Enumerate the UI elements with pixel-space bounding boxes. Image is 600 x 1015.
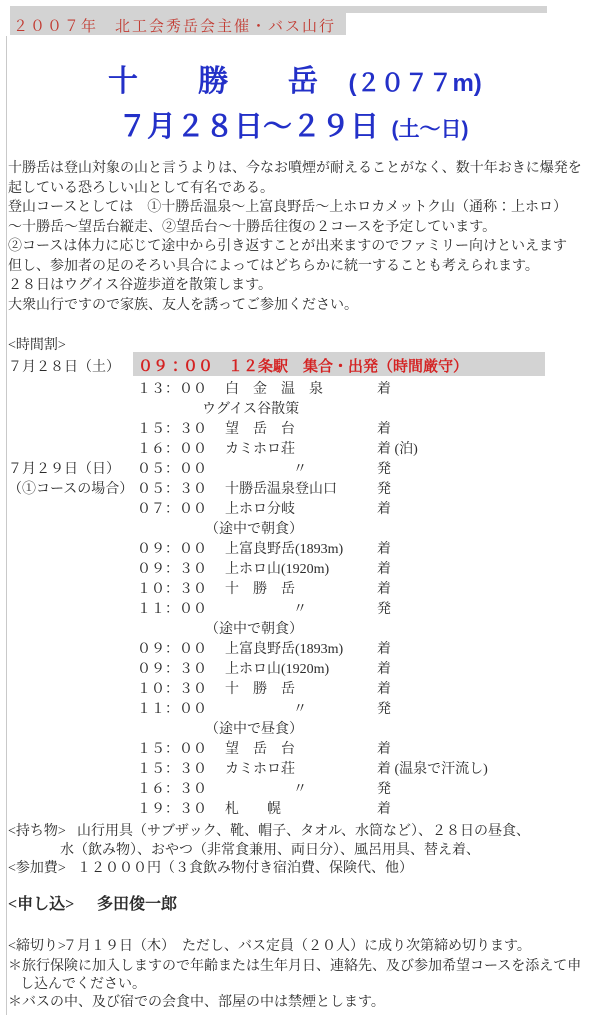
schedule-place: 十勝岳温泉登山口 xyxy=(225,478,337,498)
schedule-mark: 着 xyxy=(377,378,391,398)
schedule-row: １５：３０ カミホロ荘 着 (温泉で汗流し) xyxy=(0,758,600,778)
departure-highlight-text: ０９：００ １２条駅 集合・出発（時間厳守） xyxy=(138,355,468,376)
schedule-row: （途中で朝食） xyxy=(0,618,600,638)
schedule-course-note: （①コースの場合） xyxy=(8,478,133,498)
schedule-mark: 着 xyxy=(377,558,391,578)
schedule-mark: 着 xyxy=(377,678,391,698)
deadline-section: <締切り> ７月１９日（木） ただし、バス定員（２０人）に成り次第締め切ります。 xyxy=(0,935,600,955)
mountain-elevation: (２０７７m) xyxy=(348,70,481,97)
subtitle: ７月２８日～２９日 (土～日) xyxy=(118,104,468,145)
schedule-row: １１：００ 〃 発 xyxy=(0,698,600,718)
banner-band: ２００７年 北工会秀岳会主催・バス山行 xyxy=(10,13,346,35)
banner-strip xyxy=(10,6,547,13)
main-title: 十 勝 岳 (２０７７m) xyxy=(108,56,482,100)
schedule-time: １９：３０ xyxy=(137,798,207,818)
document-page: ２００７年 北工会秀岳会主催・バス山行 十 勝 岳 (２０７７m) ７月２８日～… xyxy=(0,0,600,1015)
schedule-mark: 発 xyxy=(377,598,391,618)
schedule-time: １６：００ xyxy=(137,438,207,458)
schedule-row: １３：００ 白 金 温 泉 着 xyxy=(0,378,600,398)
fee-label: <参加費> xyxy=(8,857,66,877)
intro-line: 登山コースとしては ①十勝岳温泉～上富良野岳～上ホロカメットク山（通称：上ホロ） xyxy=(8,198,582,218)
schedule-time: １５：３０ xyxy=(137,758,207,778)
schedule-place: 十 勝 岳 xyxy=(225,678,295,698)
schedule-row: １６：００ カミホロ荘 着 (泊) xyxy=(0,438,600,458)
schedule-time: １０：３０ xyxy=(137,578,207,598)
schedule-place: 上ホロ山(1920m) xyxy=(225,658,329,678)
schedule-row: ０９：３０ 上ホロ山(1920m) 着 xyxy=(0,658,600,678)
apply-section: <申し込> 多田俊一郎 xyxy=(0,891,600,913)
schedule-time: １０：３０ xyxy=(137,678,207,698)
schedule-time: ０５：３０ xyxy=(137,478,207,498)
schedule-row-departure: ７月２８日（土） ０９：００ １２条駅 集合・出発（時間厳守） xyxy=(0,352,600,378)
schedule-time: ０９：３０ xyxy=(137,658,207,678)
schedule-heading: <時間割> xyxy=(8,334,66,354)
intro-line: 十勝岳は登山対象の山と言うよりは、今なお噴煙が耐えることがなく、数十年おきに爆発… xyxy=(8,159,582,179)
schedule-mark: 発 xyxy=(377,458,391,478)
footnote-no-smoking: ＊バスの中、及び宿での会食中、部屋の中は禁煙とします。 xyxy=(8,991,385,1011)
schedule-mark: 着 xyxy=(377,498,391,518)
schedule-mark: 着 xyxy=(377,418,391,438)
intro-line: ～十勝岳～望岳台縦走、②望岳台～十勝岳往復の２コースを予定しています。 xyxy=(8,218,582,238)
schedule-mark: 着 xyxy=(377,638,391,658)
schedule-ditto-mark: 〃 xyxy=(225,698,375,718)
schedule-mark: 着 xyxy=(377,578,391,598)
schedule-place: カミホロ荘 xyxy=(225,758,295,778)
deadline-label: <締切り> xyxy=(8,935,66,955)
schedule-row: （途中で昼食） xyxy=(0,718,600,738)
schedule-time: １１：００ xyxy=(137,598,207,618)
intro-line: ２８日はウグイス谷遊歩道を散策します。 xyxy=(8,276,582,296)
schedule-place: 上ホロ分岐 xyxy=(225,498,295,518)
schedule-time: ０５：００ xyxy=(137,458,207,478)
schedule-ditto-mark: 〃 xyxy=(225,458,375,478)
schedule-place: カミホロ荘 xyxy=(225,438,295,458)
schedule-time: ０７：００ xyxy=(137,498,207,518)
apply-label: <申し込> xyxy=(8,891,74,914)
schedule-time: ０９：００ xyxy=(137,538,207,558)
schedule-time: １６：３０ xyxy=(137,778,207,798)
schedule-mark: 着 xyxy=(377,798,391,818)
schedule-mark: 発 xyxy=(377,478,391,498)
footnote-insurance-line2: し込んでください。 xyxy=(20,973,146,993)
schedule-table: １３：００ 白 金 温 泉 着 ウグイス谷散策 １５：３０ 望 岳 台 着 １６… xyxy=(0,378,600,818)
intro-line: ②コースは体力に応じて途中から引き返すことが出来ますのでファミリー向けといえます xyxy=(8,237,582,257)
intro-line: 但し、参加者の足のそろい具合によってはどちらかに統一することも考えられます。 xyxy=(8,257,582,277)
schedule-row: １６：３０ 〃 発 xyxy=(0,778,600,798)
trip-days: (土～日) xyxy=(391,118,468,141)
schedule-ditto-mark: 〃 xyxy=(225,778,375,798)
schedule-place: 望 岳 台 xyxy=(225,738,295,758)
footnote-insurance-line1: ＊旅行保険に加入しますので年齢または生年月日、連絡先、及び参加希望コースを添えて… xyxy=(8,955,581,975)
schedule-place: 望 岳 台 xyxy=(225,418,295,438)
mountain-name: 十 勝 岳 xyxy=(108,65,318,98)
schedule-row: ０９：００ 上富良野岳(1893m) 着 xyxy=(0,538,600,558)
items-text: 水（飲み物）、おやつ（非常食兼用、両日分）、風呂用具、替え着、 xyxy=(60,839,480,859)
schedule-row: １１：００ 〃 発 xyxy=(0,598,600,618)
schedule-time: １１：００ xyxy=(137,698,207,718)
schedule-place: 上ホロ山(1920m) xyxy=(225,558,329,578)
schedule-row: ０９：００ 上富良野岳(1893m) 着 xyxy=(0,638,600,658)
schedule-time: １５：３０ xyxy=(137,418,207,438)
trip-dates: ７月２８日～２９日 xyxy=(118,111,379,143)
schedule-date-day2: ７月２９日（日） xyxy=(8,458,120,478)
schedule-time: ０９：００ xyxy=(137,638,207,658)
schedule-time: １３：００ xyxy=(137,378,207,398)
schedule-row: （①コースの場合） ０５：３０ 十勝岳温泉登山口 発 xyxy=(0,478,600,498)
schedule-row: １５：３０ 望 岳 台 着 xyxy=(0,418,600,438)
schedule-mark: 着 (温泉で汗流し) xyxy=(377,758,488,778)
schedule-mark: 着 (泊) xyxy=(377,438,418,458)
schedule-row: １０：３０ 十 勝 岳 着 xyxy=(0,578,600,598)
schedule-row: １０：３０ 十 勝 岳 着 xyxy=(0,678,600,698)
schedule-meal-note: （途中で朝食） xyxy=(205,518,303,538)
apply-contact-name: 多田俊一郎 xyxy=(97,891,177,914)
schedule-ditto-mark: 〃 xyxy=(225,598,375,618)
schedule-mark: 着 xyxy=(377,658,391,678)
schedule-mark: 発 xyxy=(377,778,391,798)
schedule-place: 白 金 温 泉 xyxy=(225,378,323,398)
intro-line: 大衆山行ですので家族、友人を誘ってご参加ください。 xyxy=(8,296,582,316)
schedule-time: ０９：３０ xyxy=(137,558,207,578)
deadline-text: ７月１９日（木） ただし、バス定員（２０人）に成り次第締め切ります。 xyxy=(63,935,531,955)
intro-paragraph: 十勝岳は登山対象の山と言うよりは、今なお噴煙が耐えることがなく、数十年おきに爆発… xyxy=(8,159,582,315)
schedule-activity: ウグイス谷散策 xyxy=(202,398,299,418)
schedule-row: ０７：００ 上ホロ分岐 着 xyxy=(0,498,600,518)
schedule-row: １５：００ 望 岳 台 着 xyxy=(0,738,600,758)
schedule-meal-note: （途中で朝食） xyxy=(205,618,303,638)
schedule-meal-note: （途中で昼食） xyxy=(205,718,303,738)
schedule-row: ウグイス谷散策 xyxy=(0,398,600,418)
schedule-place: 上富良野岳(1893m) xyxy=(225,538,343,558)
schedule-row: ７月２９日（日） ０５：００ 〃 発 xyxy=(0,458,600,478)
banner-text: ２００７年 北工会秀岳会主催・バス山行 xyxy=(13,15,336,36)
items-text: 山行用具（サブザック、靴、帽子、タオル、水筒など）、２８日の昼食、 xyxy=(77,820,530,840)
schedule-place: 十 勝 岳 xyxy=(225,578,295,598)
intro-line: 起している恐ろしい山として有名である。 xyxy=(8,179,582,199)
schedule-time: １５：００ xyxy=(137,738,207,758)
schedule-row: （途中で朝食） xyxy=(0,518,600,538)
fee-text: １２０００円（３食飲み物付き宿泊費、保険代、他） xyxy=(77,857,413,877)
schedule-row: １９：３０ 札 幌 着 xyxy=(0,798,600,818)
schedule-date-day1: ７月２８日（土） xyxy=(8,356,120,376)
schedule-place: 札 幌 xyxy=(225,798,281,818)
schedule-mark: 発 xyxy=(377,698,391,718)
schedule-mark: 着 xyxy=(377,738,391,758)
schedule-mark: 着 xyxy=(377,538,391,558)
items-label: <持ち物> xyxy=(8,820,66,840)
schedule-place: 上富良野岳(1893m) xyxy=(225,638,343,658)
schedule-row: ０９：３０ 上ホロ山(1920m) 着 xyxy=(0,558,600,578)
